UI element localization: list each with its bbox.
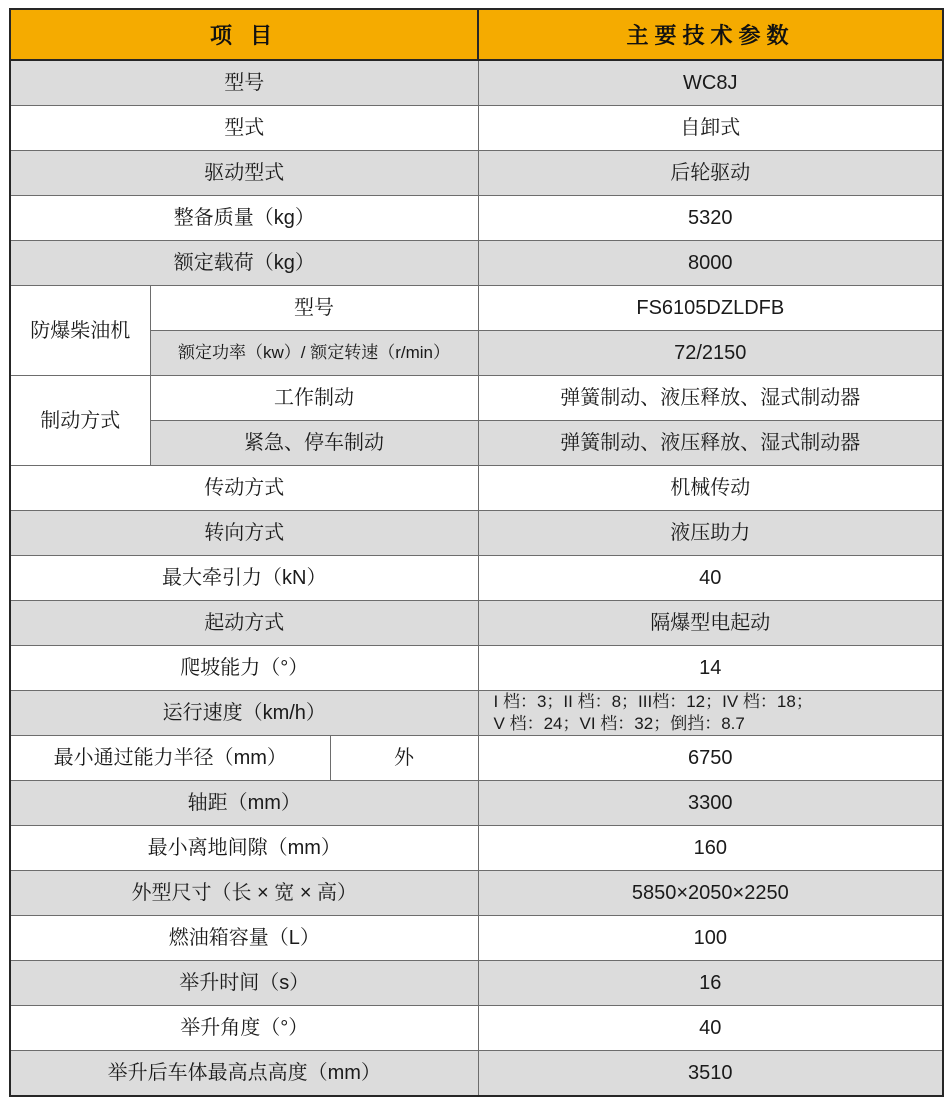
table-row-ground-clearance: 最小离地间隙（mm） 160 — [10, 826, 943, 871]
spec-value-cell: WC8J — [478, 60, 943, 106]
spec-label-cell: 最小离地间隙（mm） — [10, 826, 478, 871]
table-row-wheelbase: 轴距（mm） 3300 — [10, 781, 943, 826]
table-header-row: 项 目 主要技术参数 — [10, 9, 943, 60]
spec-label-cell: 型式 — [10, 106, 478, 151]
spec-value-cell: I 档：3；II 档：8；III档：12；IV 档：18； V 档：24；VI … — [478, 691, 943, 736]
table-row-drive-type: 驱动型式 后轮驱动 — [10, 151, 943, 196]
spec-value-cell: 160 — [478, 826, 943, 871]
spec-value-cell: 5320 — [478, 196, 943, 241]
speed-line-1: I 档：3；II 档：8；III档：12；IV 档：18； — [494, 691, 937, 713]
spec-value-cell: FS6105DZLDFB — [478, 286, 943, 331]
table-row-curb-weight: 整备质量（kg） 5320 — [10, 196, 943, 241]
spec-label-cell: 运行速度（km/h） — [10, 691, 478, 736]
spec-value-cell: 16 — [478, 961, 943, 1006]
spec-value-cell: 3300 — [478, 781, 943, 826]
spec-value-cell: 液压助力 — [478, 511, 943, 556]
table-row-gradeability: 爬坡能力（°） 14 — [10, 646, 943, 691]
table-row-rated-load: 额定载荷（kg） 8000 — [10, 241, 943, 286]
table-row-lift-time: 举升时间（s） 16 — [10, 961, 943, 1006]
group-label-cell-engine: 防爆柴油机 — [10, 286, 150, 376]
table-row-dimensions: 外型尺寸（长 × 宽 × 高） 5850×2050×2250 — [10, 871, 943, 916]
spec-value-cell: 3510 — [478, 1051, 943, 1097]
speed-line-2: V 档：24；VI 档：32；倒挡：8.7 — [494, 713, 937, 735]
header-item-cell: 项 目 — [10, 9, 478, 60]
header-params-cell: 主要技术参数 — [478, 9, 943, 60]
spec-label-cell: 起动方式 — [10, 601, 478, 646]
spec-value-cell: 5850×2050×2250 — [478, 871, 943, 916]
spec-value-cell: 机械传动 — [478, 466, 943, 511]
spec-label-cell: 最小通过能力半径（mm） — [10, 736, 330, 781]
spec-value-cell: 自卸式 — [478, 106, 943, 151]
table-row-fuel-tank: 燃油箱容量（L） 100 — [10, 916, 943, 961]
spec-value-cell: 100 — [478, 916, 943, 961]
spec-label-cell: 举升角度（°） — [10, 1006, 478, 1051]
spec-label-cell: 举升后车体最高点高度（mm） — [10, 1051, 478, 1097]
spec-label-cell: 爬坡能力（°） — [10, 646, 478, 691]
spec-value-cell: 弹簧制动、液压释放、湿式制动器 — [478, 376, 943, 421]
spec-sublabel-cell: 外 — [330, 736, 478, 781]
table-row-starting-mode: 起动方式 隔爆型电起动 — [10, 601, 943, 646]
spec-value-cell: 14 — [478, 646, 943, 691]
table-row-steering: 转向方式 液压助力 — [10, 511, 943, 556]
spec-label-cell: 轴距（mm） — [10, 781, 478, 826]
technical-parameters-table: 项 目 主要技术参数 型号 WC8J 型式 自卸式 驱动型式 后轮驱动 整备质量… — [9, 8, 944, 1097]
spec-label-cell: 额定载荷（kg） — [10, 241, 478, 286]
spec-value-cell: 6750 — [478, 736, 943, 781]
table-row-model: 型号 WC8J — [10, 60, 943, 106]
spec-label-cell: 整备质量（kg） — [10, 196, 478, 241]
spec-label-cell: 型号 — [10, 60, 478, 106]
spec-value-cell: 72/2150 — [478, 331, 943, 376]
table-row-engine-power: 额定功率（kw）/ 额定转速（r/min） 72/2150 — [10, 331, 943, 376]
spec-value-cell: 后轮驱动 — [478, 151, 943, 196]
table-row-lifted-max-height: 举升后车体最高点高度（mm） 3510 — [10, 1051, 943, 1097]
spec-value-cell: 隔爆型电起动 — [478, 601, 943, 646]
spec-value-cell: 40 — [478, 1006, 943, 1051]
table-row-running-speed: 运行速度（km/h） I 档：3；II 档：8；III档：12；IV 档：18；… — [10, 691, 943, 736]
table-row-min-turning-radius: 最小通过能力半径（mm） 外 6750 — [10, 736, 943, 781]
spec-label-cell: 传动方式 — [10, 466, 478, 511]
spec-label-cell: 驱动型式 — [10, 151, 478, 196]
spec-value-cell: 40 — [478, 556, 943, 601]
spec-value-cell: 弹簧制动、液压释放、湿式制动器 — [478, 421, 943, 466]
group-label-cell-brake: 制动方式 — [10, 376, 150, 466]
table-row-lift-angle: 举升角度（°） 40 — [10, 1006, 943, 1051]
table-row-transmission: 传动方式 机械传动 — [10, 466, 943, 511]
table-row-max-traction: 最大牵引力（kN） 40 — [10, 556, 943, 601]
table-row-service-brake: 制动方式 工作制动 弹簧制动、液压释放、湿式制动器 — [10, 376, 943, 421]
spec-sublabel-cell: 型号 — [150, 286, 478, 331]
table-row-type: 型式 自卸式 — [10, 106, 943, 151]
table-row-parking-brake: 紧急、停车制动 弹簧制动、液压释放、湿式制动器 — [10, 421, 943, 466]
spec-label-cell: 举升时间（s） — [10, 961, 478, 1006]
spec-sublabel-cell: 工作制动 — [150, 376, 478, 421]
spec-label-cell: 燃油箱容量（L） — [10, 916, 478, 961]
spec-table-container: 项 目 主要技术参数 型号 WC8J 型式 自卸式 驱动型式 后轮驱动 整备质量… — [9, 8, 942, 1097]
spec-value-cell: 8000 — [478, 241, 943, 286]
spec-label-cell: 外型尺寸（长 × 宽 × 高） — [10, 871, 478, 916]
table-row-engine-model: 防爆柴油机 型号 FS6105DZLDFB — [10, 286, 943, 331]
spec-sublabel-cell: 紧急、停车制动 — [150, 421, 478, 466]
spec-sublabel-cell: 额定功率（kw）/ 额定转速（r/min） — [150, 331, 478, 376]
spec-label-cell: 最大牵引力（kN） — [10, 556, 478, 601]
spec-label-cell: 转向方式 — [10, 511, 478, 556]
